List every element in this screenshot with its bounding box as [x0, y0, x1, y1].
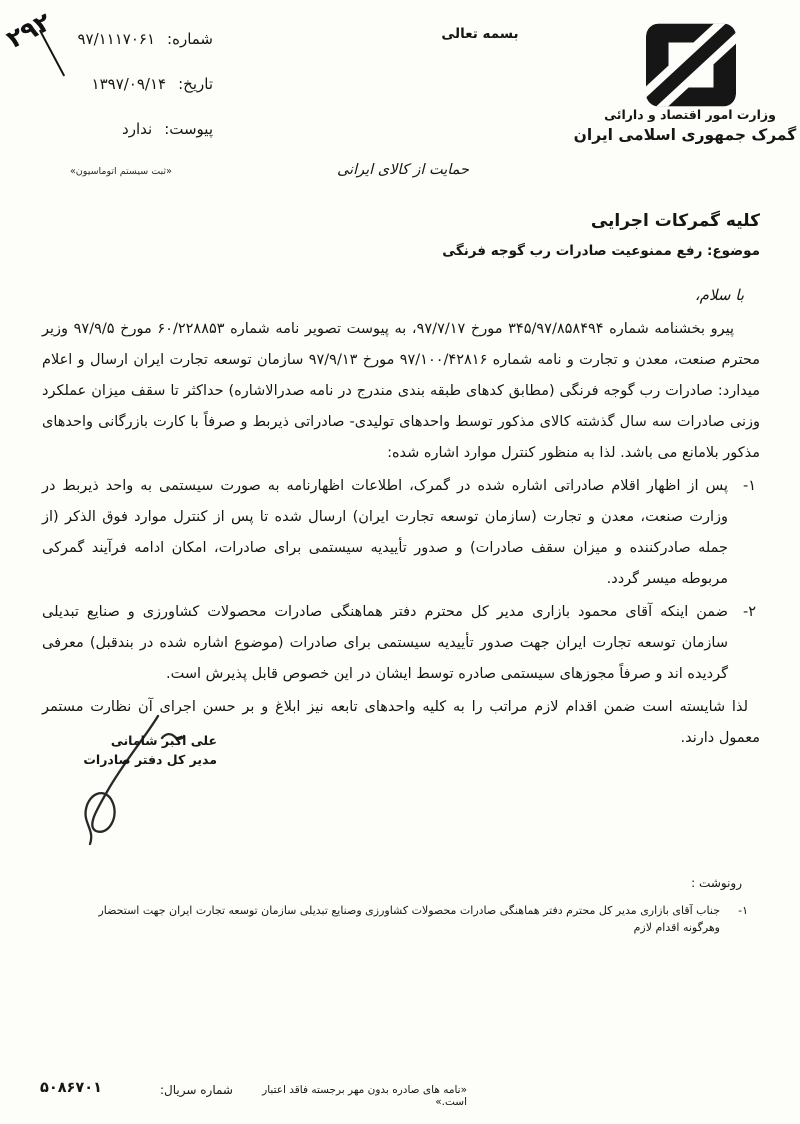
- letter-number-label: شماره:: [167, 30, 213, 48]
- letter-date-label: تاریخ:: [178, 75, 213, 93]
- recipient-heading: کلیه گمرکات اجرایی: [591, 211, 760, 231]
- letter-meta-block: شماره: ۹۷/۱۱۱۷۰۶۱ تاریخ: ۱۳۹۷/۰۹/۱۴ پیوس…: [48, 30, 213, 165]
- numbered-item-1: ۱- پس از اظهار اقلام صادراتی اشاره شده د…: [42, 471, 760, 595]
- letter-body: پیرو بخشنامه شماره ۳۴۵/۹۷/۸۵۸۴۹۴ مورخ ۹۷…: [42, 314, 760, 754]
- footer-serial-value: ۵۰۸۶۷۰۱: [40, 1080, 102, 1096]
- numbered-item-2: ۲- ضمن اینکه آقای محمود بازاری مدیر کل م…: [42, 597, 760, 690]
- year-slogan: حمایت از کالای ایرانی: [318, 162, 488, 178]
- scanned-letter-page: ۲۹۲ شماره: ۹۷/۱۱۱۷۰۶۱ تاریخ: ۱۳۹۷/۰۹/۱۴ …: [0, 0, 800, 1124]
- subject-line: موضوع: رفع ممنوعیت صادرات رب گوجه فرنگی: [442, 243, 760, 259]
- signatory-name: علی اکبر شامانی: [82, 731, 217, 750]
- cc-item-1-text: جناب آقای بازاری مدیر کل محترم دفتر هماه…: [98, 904, 720, 934]
- cc-item-1-marker: ۱-: [738, 902, 748, 919]
- automation-registration-note: «ثبت سیستم اتوماسیون»: [70, 166, 172, 177]
- footer-serial-label: شماره سریال:: [160, 1083, 233, 1097]
- ministry-name: وزارت امور اقتصاد و دارائی: [580, 107, 800, 122]
- item-2-text: ضمن اینکه آقای محمود بازاری مدیر کل محتر…: [42, 604, 728, 682]
- signature-block: علی اکبر شامانی مدیر کل دفتر صادرات: [82, 731, 217, 769]
- letter-attachment-label: پیوست:: [164, 120, 213, 138]
- body-paragraph: پیرو بخشنامه شماره ۳۴۵/۹۷/۸۵۸۴۹۴ مورخ ۹۷…: [42, 314, 760, 469]
- item-2-marker: ۲-: [743, 597, 756, 628]
- item-1-marker: ۱-: [743, 471, 756, 502]
- signatory-title: مدیر کل دفتر صادرات: [82, 750, 217, 769]
- cc-item-1: ۱- جناب آقای بازاری مدیر کل محترم دفتر ه…: [58, 902, 750, 936]
- letter-date-row: تاریخ: ۱۳۹۷/۰۹/۱۴: [48, 75, 213, 93]
- organization-name: گمرک جمهوری اسلامی ایران: [570, 126, 800, 144]
- iran-customs-logo-icon: [646, 23, 736, 107]
- letter-date-value: ۱۳۹۷/۰۹/۱۴: [92, 75, 167, 93]
- salutation: با سلام،: [695, 286, 744, 304]
- cc-label: رونوشت :: [691, 876, 742, 890]
- letter-attachment-value: ندارد: [122, 120, 152, 138]
- letter-attachment-row: پیوست: ندارد: [48, 120, 213, 138]
- item-1-text: پس از اظهار اقلام صادراتی اشاره شده در گ…: [42, 478, 728, 587]
- letter-number-value: ۹۷/۱۱۱۷۰۶۱: [77, 30, 155, 48]
- bismillah-heading: بسمه تعالی: [420, 26, 540, 42]
- footer-validity-note: «نامه های صادره بدون مهر برجسته فاقد اعت…: [252, 1084, 467, 1108]
- letter-number-row: شماره: ۹۷/۱۱۱۷۰۶۱: [48, 30, 213, 48]
